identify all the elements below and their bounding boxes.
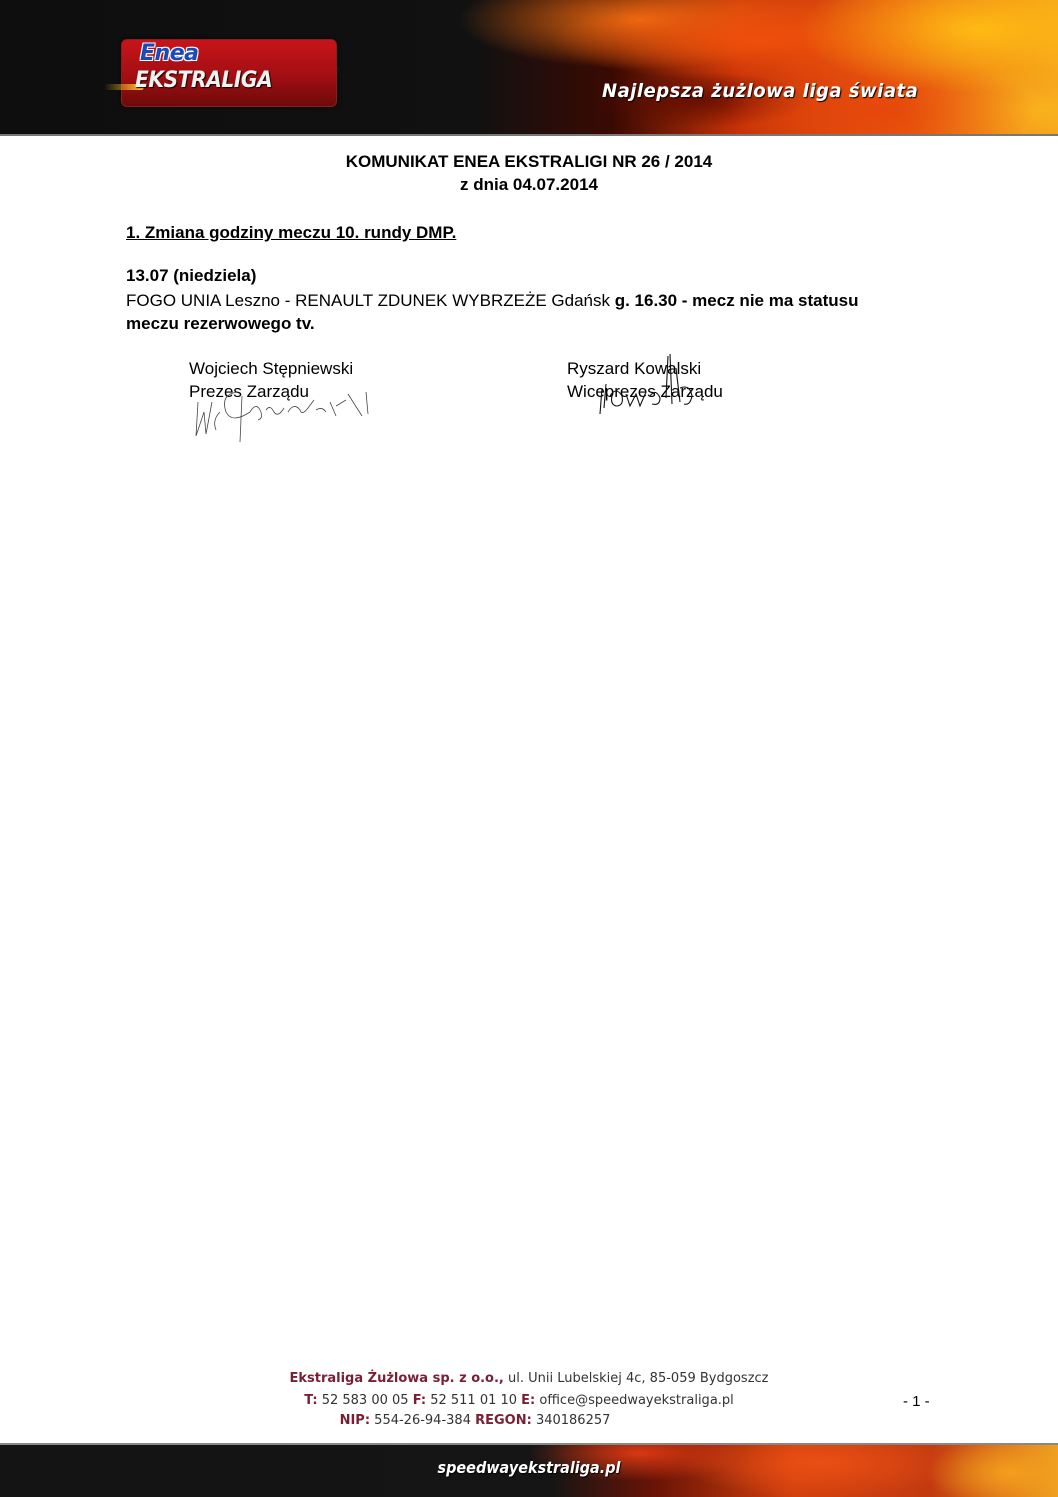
footer-regon: 340186257 [532, 1413, 611, 1428]
footer-phone-label: T: [304, 1393, 317, 1408]
footer-company: Ekstraliga Żużlowa sp. z o.o., [289, 1371, 503, 1386]
section-heading: 1. Zmiana godziny meczu 10. rundy DMP. [126, 223, 456, 243]
match-date: 13.07 (niedziela) [126, 266, 256, 286]
signature-1-icon [190, 372, 390, 447]
footer-email-label: E: [521, 1393, 535, 1408]
match-details: FOGO UNIA Leszno - RENAULT ZDUNEK WYBRZE… [126, 289, 916, 335]
page-number: - 1 - [903, 1393, 930, 1410]
footer-address: ul. Unii Lubelskiej 4c, 85-059 Bydgoszcz [504, 1371, 769, 1386]
footer-fax-label: F: [413, 1393, 426, 1408]
footer-registry-line: NIP: 554-26-94-384 REGON: 340186257 [0, 1413, 1004, 1428]
footer-phone: 52 583 00 05 [318, 1393, 413, 1408]
logo-ekstraliga-text: EKSTRALIGA [135, 68, 272, 93]
footer-nip: 554-26-94-384 [370, 1413, 475, 1428]
footer-email[interactable]: office@speedwayekstraliga.pl [535, 1393, 734, 1408]
footer-address-line: Ekstraliga Żużlowa sp. z o.o., ul. Unii … [0, 1371, 1058, 1386]
footer-fax: 52 511 01 10 [426, 1393, 521, 1408]
footer-nip-label: NIP: [340, 1413, 370, 1428]
logo-enea-text: Enea [140, 41, 198, 66]
header-slogan: Najlepsza żużlowa liga świata [602, 80, 918, 102]
header-banner: Enea EKSTRALIGA Najlepsza żużlowa liga ś… [0, 0, 1058, 136]
footer-contact-line: T: 52 583 00 05 F: 52 511 01 10 E: offic… [0, 1393, 1048, 1408]
signature-2-icon [594, 348, 704, 418]
document-title: KOMUNIKAT ENEA EKSTRALIGI NR 26 / 2014 [0, 152, 1058, 172]
footer-website[interactable]: speedwayekstraliga.pl [53, 1458, 1005, 1477]
footer-regon-label: REGON: [475, 1413, 532, 1428]
match-teams: FOGO UNIA Leszno - RENAULT ZDUNEK WYBRZE… [126, 291, 615, 310]
document-date: z dnia 04.07.2014 [0, 175, 1058, 195]
